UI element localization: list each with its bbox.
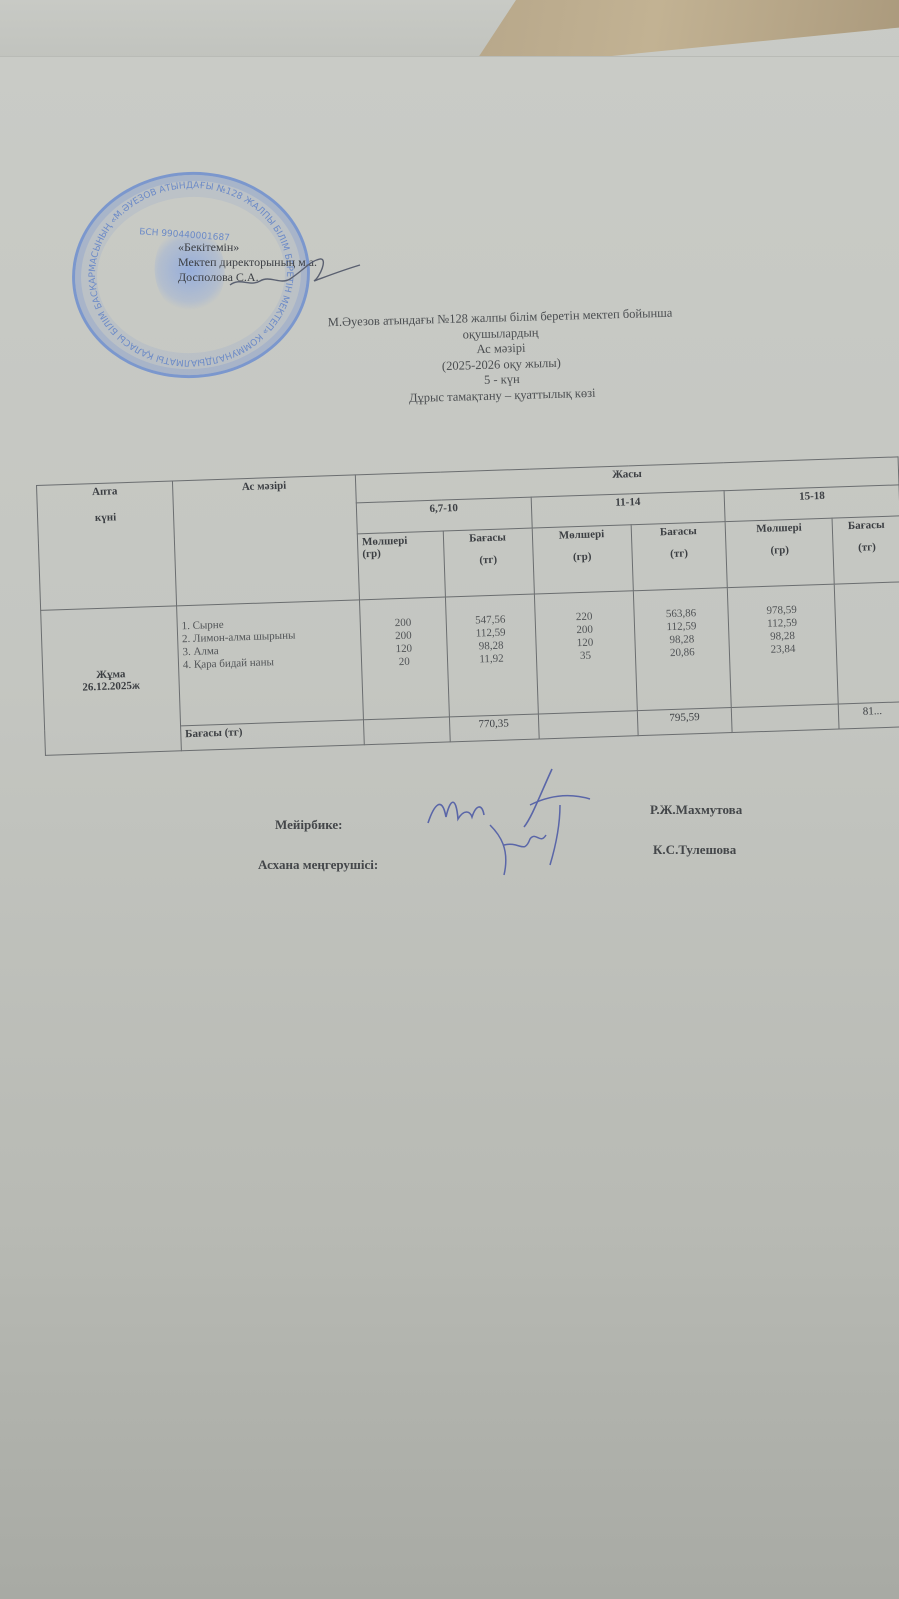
sub-qty-1: Мөлшері(гр): [357, 531, 445, 600]
g1-total-empty: [363, 717, 449, 744]
header-week-day: Апта күні: [37, 481, 177, 610]
sub-price-1: Бағасы(тг): [443, 528, 534, 597]
document-title: М.Әуезов атындағы №128 жалпы білім берет…: [230, 303, 772, 411]
nurse-name: Р.Ж.Махмутова: [650, 802, 742, 818]
sub-price-3: Бағасы(тг): [832, 516, 899, 584]
g2-qty: 22020012035: [534, 591, 637, 715]
g1-total: 770,35: [449, 714, 539, 741]
g1-qty: 20020012020: [359, 597, 449, 720]
approval-title: «Бекітемін»: [178, 240, 317, 255]
header-week-day-line1: Апта: [41, 484, 168, 500]
menu-table: Апта күні Ас мәзірі Жасы 6,7-10 11-14 15…: [36, 456, 899, 755]
menu-items: 1. Сырне 2. Лимон-алма шырыны 3. Алма 4.…: [176, 600, 363, 726]
director-signature: [210, 255, 370, 295]
g1-price: 547,56112,5998,2811,92: [445, 594, 538, 717]
sub-price-2: Бағасы(тг): [631, 521, 728, 590]
handwritten-signatures: [420, 765, 610, 885]
canteen-manager-name: К.С.Тулешова: [653, 842, 736, 858]
g3-total: 81...: [838, 702, 899, 729]
day-cell: Жұма 26.12.2025ж: [41, 606, 182, 755]
sub-qty-2: Мөлшері(гр): [532, 525, 633, 594]
g2-price: 563,86112,5998,2820,86: [633, 588, 732, 712]
sub-qty-3: Мөлшері(гр): [725, 518, 834, 588]
header-week-day-line2: күні: [42, 510, 169, 526]
g2-total: 795,59: [637, 708, 733, 736]
g3-price: [834, 582, 899, 705]
g3-total-empty: [732, 704, 839, 732]
nurse-label: Мейірбике:: [275, 817, 342, 833]
g3-qty: 978,59112,5998,2823,84: [728, 584, 839, 708]
g2-total-empty: [538, 711, 638, 739]
canteen-manager-label: Асхана меңгерушісі:: [258, 857, 378, 873]
header-menu: Ас мәзірі: [172, 475, 359, 606]
